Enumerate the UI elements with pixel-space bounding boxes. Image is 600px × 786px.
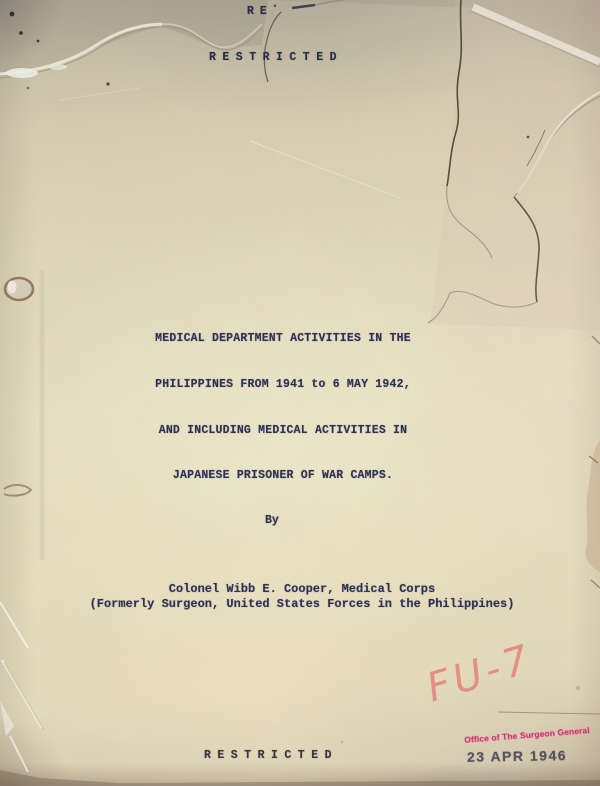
restricted-stamp-top-partial: RE▪ bbox=[247, 3, 277, 18]
byline: By bbox=[265, 514, 279, 527]
date-received-stamp: 23 APR 1946 bbox=[467, 747, 567, 765]
restricted-stamp-top: RESTRICTED bbox=[209, 51, 343, 64]
restricted-partial-text: RE bbox=[247, 5, 273, 18]
title-block: MEDICAL DEPARTMENT ACTIVITIES IN THE PHI… bbox=[138, 301, 428, 514]
document-page: FU-7 RE▪ RESTRICTED MEDICAL DEPARTMENT A… bbox=[0, 0, 600, 786]
title-line-1: MEDICAL DEPARTMENT ACTIVITIES IN THE bbox=[138, 331, 428, 346]
author-name-line: Colonel Wibb E. Cooper, Medical Corps bbox=[0, 582, 600, 596]
author-title-line: (Formerly Surgeon, United States Forces … bbox=[0, 597, 600, 611]
title-line-4: JAPANESE PRISONER OF WAR CAMPS. bbox=[138, 468, 428, 483]
restricted-stamp-bottom: RESTRICTED bbox=[204, 749, 338, 762]
title-line-3: AND INCLUDING MEDICAL ACTIVITIES IN bbox=[138, 423, 428, 438]
title-line-2: PHILIPPINES FROM 1941 to 6 MAY 1942, bbox=[138, 377, 428, 392]
torn-letter-mark: ▪ bbox=[273, 3, 277, 11]
